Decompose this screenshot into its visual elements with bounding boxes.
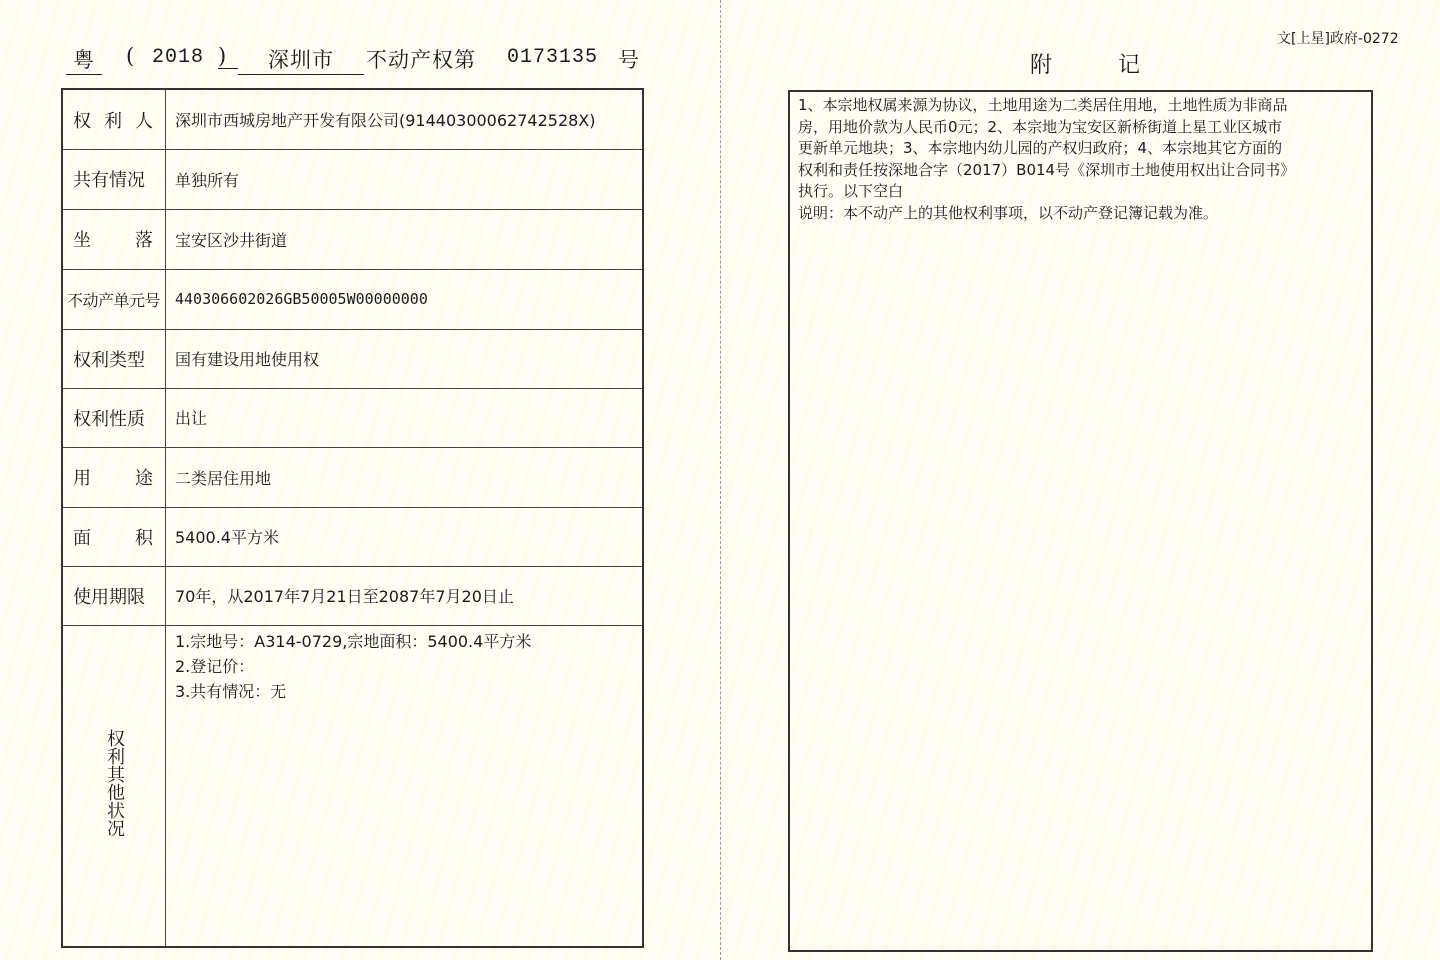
label-char: 落: [135, 226, 153, 252]
field-value-right-type: 国有建设用地使用权: [166, 347, 319, 370]
document-reference: 文[上星]政府-0272: [1277, 28, 1399, 48]
certificate-number-header: 粤 ( 2018 ) 深圳市 不动产权第 0173135 号: [66, 44, 656, 76]
table-row-usage: 用 途 二类居住用地: [63, 447, 642, 508]
field-label: 使用期限: [63, 566, 166, 625]
field-label: 面 积: [63, 507, 166, 566]
field-value-area: 5400.4平方米: [166, 525, 279, 548]
label-char: 面: [73, 524, 91, 550]
field-label: 共有情况: [63, 149, 166, 209]
certificate-suffix: 号: [618, 44, 640, 74]
title-char: 附: [1030, 48, 1052, 79]
appendix-line: 权利和责任按深地合字（2017）B014号《深圳市土地使用权出让合同书》: [798, 160, 1363, 182]
appendix-line: 说明：本不动产上的其他权利事项，以不动产登记簿记载为准。: [798, 203, 1363, 225]
field-value-location: 宝安区沙井街道: [166, 228, 287, 251]
field-label: 权利类型: [63, 329, 166, 388]
page-fold-line: [720, 0, 721, 960]
label-char: 坐: [73, 226, 91, 252]
table-row-location: 坐 落 宝安区沙井街道: [63, 209, 642, 270]
table-row-right-holder: 权 利 人 深圳市西城房地产开发有限公司(91440300062742528X): [63, 90, 642, 150]
label-char: 用: [73, 464, 91, 490]
title-char: 记: [1118, 48, 1140, 79]
other-rights-line: 2.登记价：: [175, 654, 531, 679]
table-row-area: 面 积 5400.4平方米: [63, 507, 642, 567]
table-row-ownership: 共有情况 单独所有: [63, 149, 642, 210]
province-abbrev: 粤: [66, 44, 102, 75]
field-value-ownership: 单独所有: [166, 168, 239, 191]
other-rights-content: 1.宗地号：A314-0729,宗地面积：5400.4平方米 2.登记价： 3.…: [166, 625, 531, 946]
label-char: 途: [135, 464, 153, 490]
field-value-right-nature: 出让: [166, 406, 207, 429]
table-row-unit-number: 不动产单元号 440306602026GB50005W00000000: [63, 269, 642, 330]
certificate-city: 深圳市: [238, 44, 364, 75]
label-char: 利: [104, 107, 122, 133]
table-row-term: 使用期限 70年，从2017年7月21日至2087年7月20日止: [63, 566, 642, 626]
field-label: 权利性质: [63, 388, 166, 447]
label-char: 权: [73, 107, 91, 133]
field-value-unit-number: 440306602026GB50005W00000000: [166, 290, 428, 308]
label-char: 积: [135, 524, 153, 550]
certificate-year: 2018: [152, 46, 204, 69]
field-label: 不动产单元号: [63, 269, 166, 329]
certificate-number: 0173135: [507, 46, 598, 69]
field-value-term: 70年，从2017年7月21日至2087年7月20日止: [166, 584, 514, 607]
other-rights-line: 3.共有情况：无: [175, 679, 531, 704]
table-row-other-rights: 权利其他状况 1.宗地号：A314-0729,宗地面积：5400.4平方米 2.…: [63, 625, 642, 946]
other-rights-label: 权利其他状况: [105, 729, 123, 946]
field-value-usage: 二类居住用地: [166, 466, 271, 489]
appendix-title: 附 记: [1030, 48, 1140, 79]
property-rights-table: 权 利 人 深圳市西城房地产开发有限公司(91440300062742528X)…: [61, 88, 644, 948]
field-label: 坐 落: [63, 209, 166, 269]
appendix-box: 1、本宗地权属来源为协议，土地用途为二类居住用地，土地性质为非商品 房，用地价款…: [788, 90, 1373, 952]
table-row-right-nature: 权利性质 出让: [63, 388, 642, 448]
left-paren: (: [126, 44, 135, 68]
appendix-line: 1、本宗地权属来源为协议，土地用途为二类居住用地，土地性质为非商品: [798, 95, 1363, 117]
other-rights-line: 1.宗地号：A314-0729,宗地面积：5400.4平方米: [175, 629, 531, 654]
field-label: 用 途: [63, 447, 166, 507]
field-label: 权利其他状况: [63, 625, 166, 946]
appendix-line: 房，用地价款为人民币0元；2、本宗地为宝安区新桥街道上星工业区城市: [798, 117, 1363, 139]
field-label: 权 利 人: [63, 90, 166, 149]
label-char: 人: [135, 107, 153, 133]
appendix-line: 执行。以下空白: [798, 181, 1363, 203]
field-value-right-holder: 深圳市西城房地产开发有限公司(91440300062742528X): [166, 108, 596, 131]
certificate-label: 不动产权第: [366, 44, 476, 74]
appendix-line: 更新单元地块；3、本宗地内幼儿园的产权归政府；4、本宗地其它方面的: [798, 138, 1363, 160]
table-row-right-type: 权利类型 国有建设用地使用权: [63, 329, 642, 389]
right-paren: ): [218, 44, 238, 69]
